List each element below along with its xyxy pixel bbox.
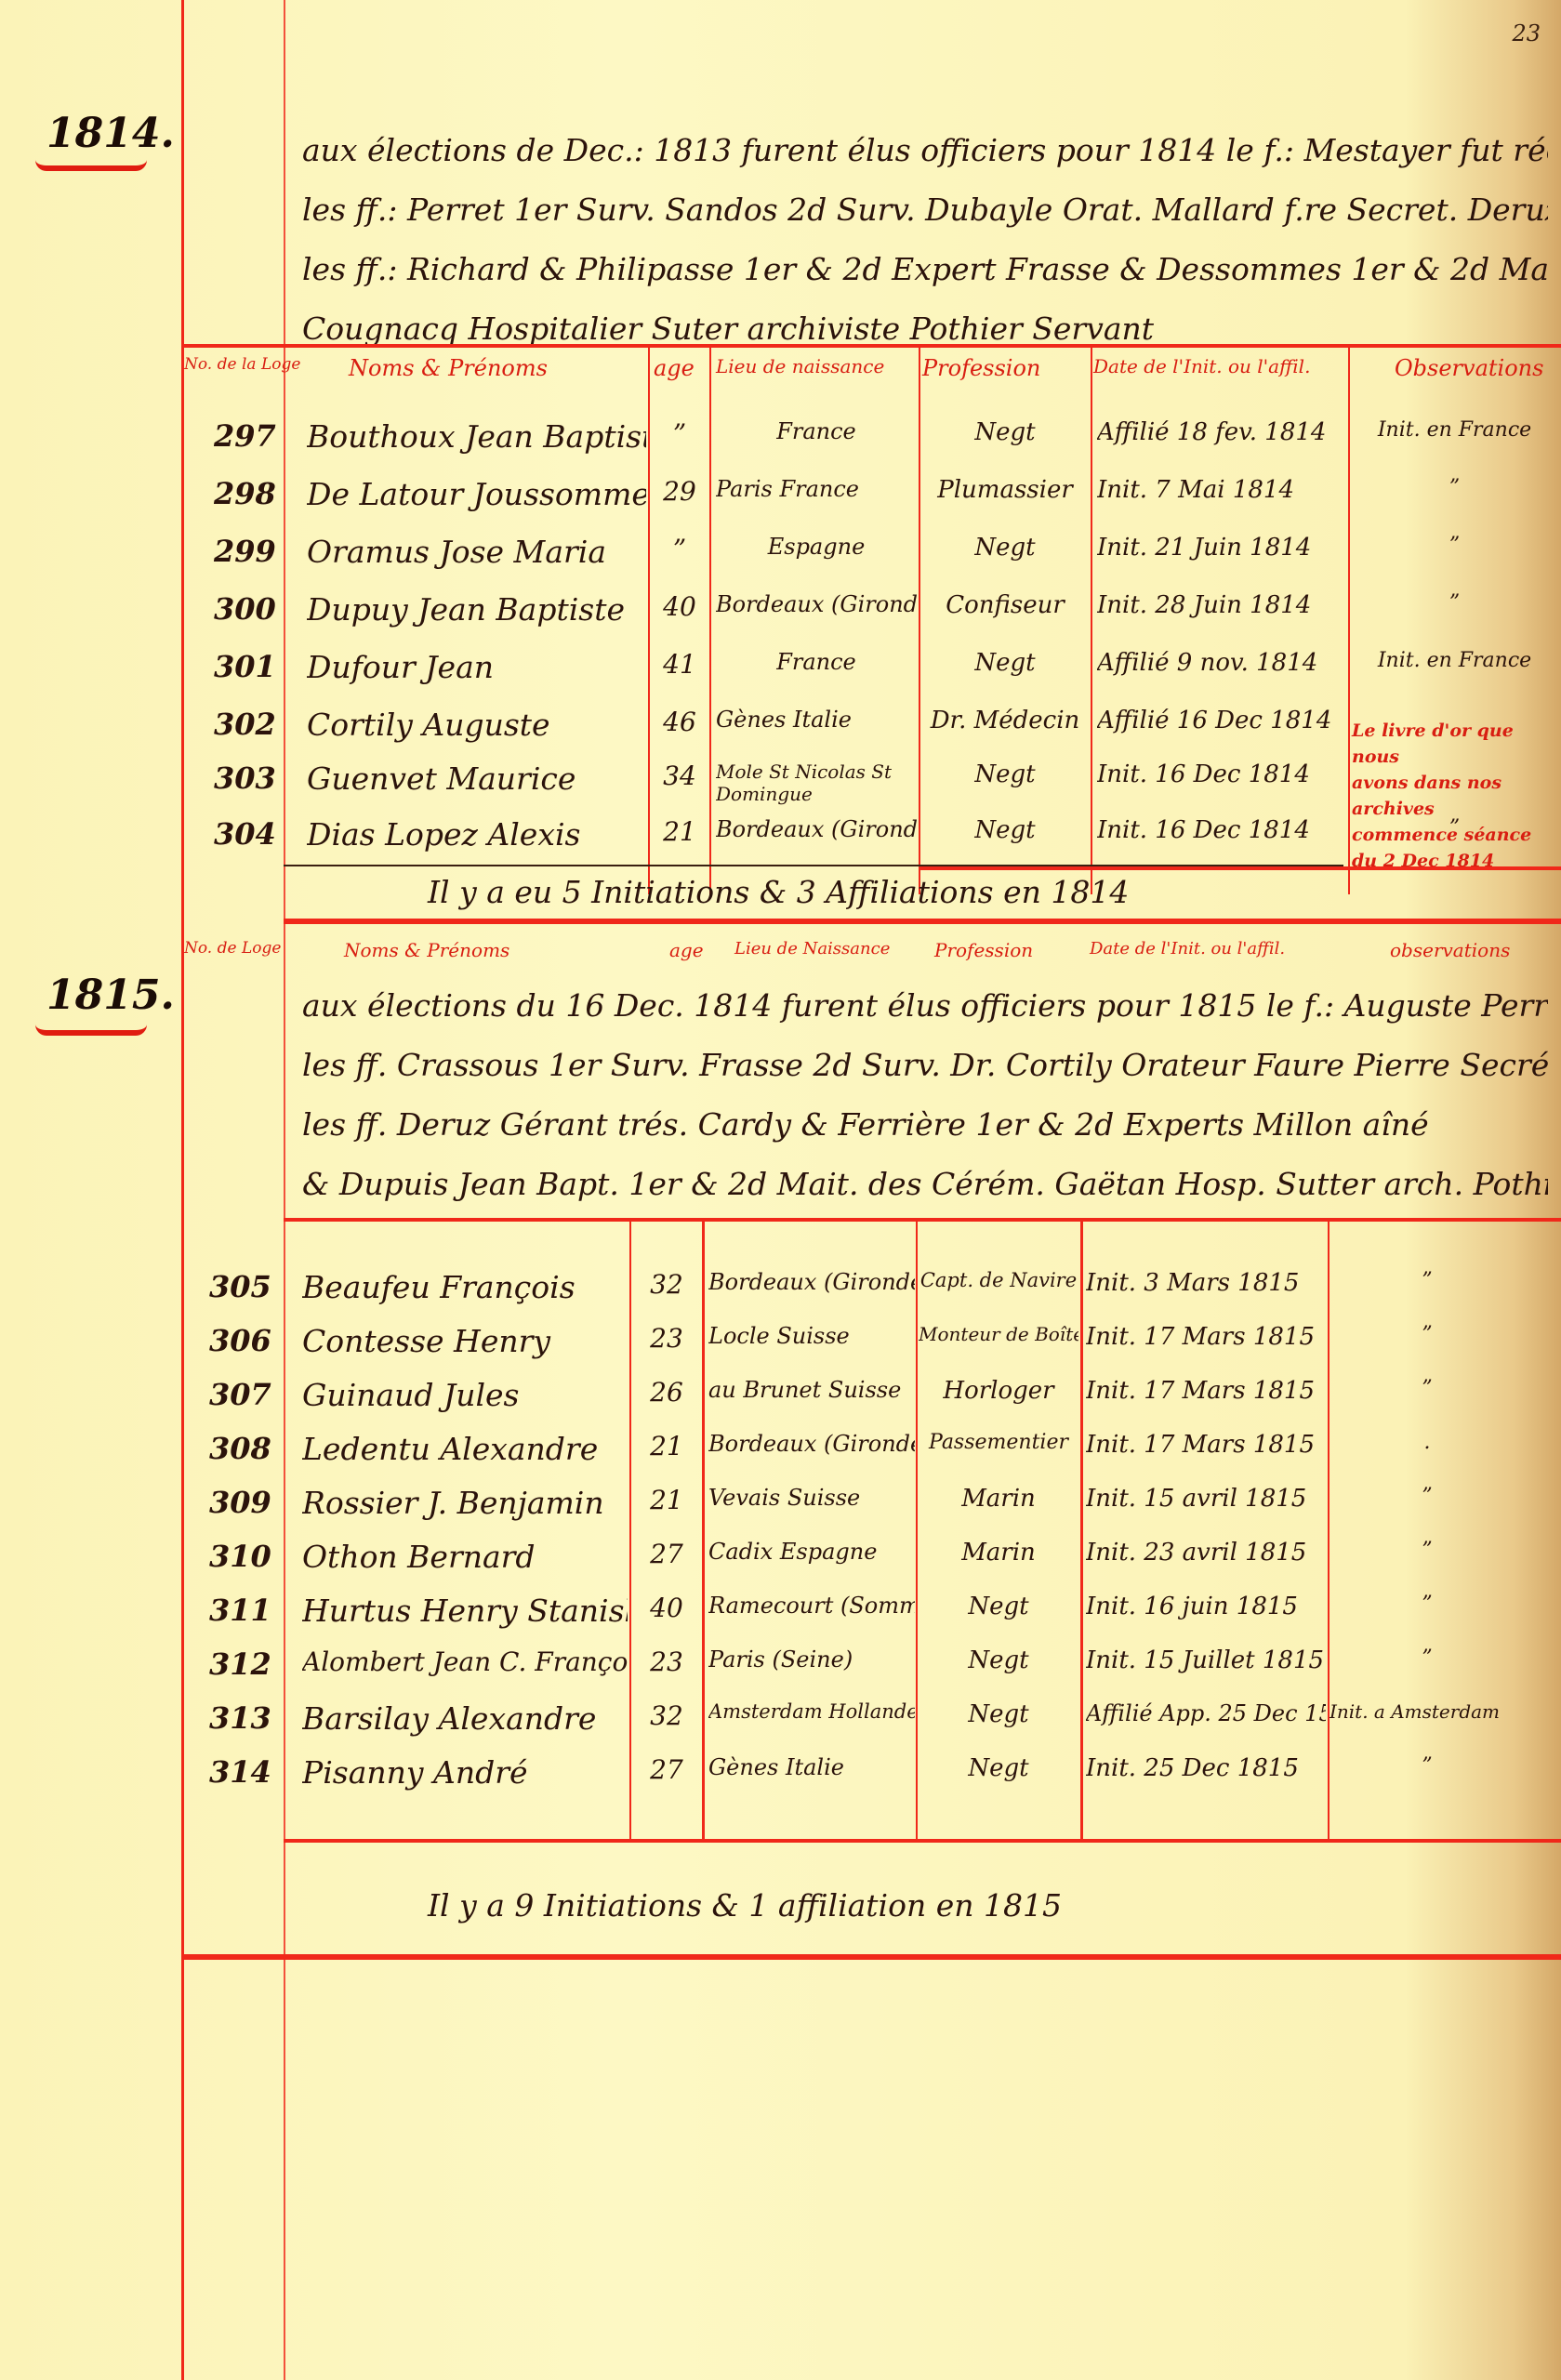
member-name: Beaufeu François — [302, 1269, 628, 1305]
initiation-date: Init. 17 Mars 1815 — [1086, 1323, 1326, 1351]
birthplace: Paris France — [716, 476, 917, 502]
election-line: les ff.: Richard & Philipasse 1er & 2d E… — [302, 240, 1548, 299]
birthplace: Mole St Nicolas St Domingue — [716, 760, 917, 813]
observation: ” — [1329, 1377, 1525, 1400]
lodge-number: 299 — [214, 534, 279, 569]
member-name: Dias Lopez Alexis — [307, 816, 646, 853]
table-row: 300 Dupuy Jean Baptiste 40 Bordeaux (Gir… — [0, 591, 1561, 645]
lodge-number: 308 — [209, 1431, 279, 1466]
header-age: age — [654, 355, 695, 381]
lodge-number: 307 — [209, 1377, 279, 1412]
note-line: avons dans nos archives — [1352, 770, 1561, 822]
profession: Dr. Médecin — [920, 707, 1090, 734]
observation: ” — [1350, 591, 1559, 615]
member-age: 41 — [650, 649, 709, 680]
lodge-number: 302 — [214, 707, 279, 742]
member-name: Contesse Henry — [302, 1323, 628, 1359]
profession: Confiseur — [920, 591, 1090, 619]
observation: ” — [1329, 1323, 1525, 1346]
observation: . — [1329, 1431, 1525, 1454]
summary-1815: Il y a 9 Initiations & 1 affiliation en … — [428, 1887, 1062, 1924]
table-row: 314 Pisanny André 27 Gènes Italie Negt I… — [0, 1754, 1561, 1808]
table-row: 306 Contesse Henry 23 Locle Suisse Monte… — [0, 1323, 1561, 1377]
lodge-number: 304 — [214, 816, 279, 852]
profession: Negt — [919, 1700, 1078, 1728]
closing-rule — [181, 1954, 1561, 1960]
member-name: De Latour Joussommes Louis A. — [307, 476, 646, 512]
birthplace: Vevais Suisse — [708, 1485, 915, 1511]
profession: Marin — [919, 1485, 1078, 1513]
birthplace: France — [716, 418, 917, 444]
profession: Negt — [920, 418, 1090, 446]
profession: Negt — [920, 534, 1090, 562]
election-text-1814: aux élections de Dec.: 1813 furent élus … — [302, 121, 1548, 359]
table-row: 302 Cortily Auguste 46 Gènes Italie Dr. … — [0, 707, 1561, 760]
table-row: 313 Barsilay Alexandre 32 Amsterdam Holl… — [0, 1700, 1561, 1754]
initiation-date: Affilié 9 nov. 1814 — [1097, 649, 1346, 677]
header-birthplace-1815: Lieu de Naissance — [734, 939, 890, 959]
member-age: 40 — [632, 1593, 701, 1623]
initiation-date: Init. 7 Mai 1814 — [1097, 476, 1346, 504]
lodge-number: 305 — [209, 1269, 279, 1304]
lodge-number: 310 — [209, 1539, 279, 1574]
year-heading-1815: 1815. — [46, 972, 175, 1019]
header-date: Date de l'Init. ou l'affil. — [1093, 355, 1310, 377]
member-age: ” — [650, 418, 709, 449]
birthplace: Gènes Italie — [716, 707, 917, 733]
lodge-number: 309 — [209, 1485, 279, 1520]
header-observations-1815: observations — [1390, 939, 1510, 961]
election-line: les ff.: Perret 1er Surv. Sandos 2d Surv… — [302, 180, 1548, 240]
year-brace-1814 — [35, 156, 147, 171]
observation: ” — [1329, 1485, 1525, 1508]
birthplace: Paris (Seine) — [708, 1646, 915, 1673]
member-name: Dupuy Jean Baptiste — [307, 591, 646, 628]
profession: Negt — [919, 1646, 1078, 1674]
initiation-date: Init. 17 Mars 1815 — [1086, 1377, 1326, 1405]
lodge-number: 306 — [209, 1323, 279, 1358]
profession: Negt — [920, 649, 1090, 677]
table-row: 307 Guinaud Jules 26 au Brunet Suisse Ho… — [0, 1377, 1561, 1431]
table-row: 312 Alombert Jean C. François 23 Paris (… — [0, 1646, 1561, 1700]
observation: ” — [1350, 534, 1559, 557]
initiation-date: Init. 25 Dec 1815 — [1086, 1754, 1326, 1782]
header-date-1815: Date de l'Init. ou l'affil. — [1090, 939, 1285, 959]
member-age: 46 — [650, 707, 709, 737]
profession: Negt — [919, 1754, 1078, 1782]
member-name: Pisanny André — [302, 1754, 628, 1791]
profession: Capt. de Navire — [919, 1269, 1078, 1291]
lodge-number: 301 — [214, 649, 279, 684]
election-line: Cougnacq Hospitalier Suter archiviste Po… — [302, 299, 1548, 359]
birthplace: Gènes Italie — [708, 1754, 915, 1780]
table-top-rule-1814 — [181, 344, 1561, 348]
table-row: 303 Guenvet Maurice 34 Mole St Nicolas S… — [0, 760, 1561, 814]
initiation-date: Init. 23 avril 1815 — [1086, 1539, 1326, 1567]
initiation-date: Init. 21 Juin 1814 — [1097, 534, 1346, 562]
birthplace: Cadix Espagne — [708, 1539, 915, 1565]
member-age: 23 — [632, 1323, 701, 1354]
member-age: 29 — [650, 476, 709, 507]
profession: Marin — [919, 1539, 1078, 1567]
initiation-date: Init. 16 juin 1815 — [1086, 1593, 1326, 1620]
profession: Negt — [920, 760, 1090, 788]
birthplace: Bordeaux (Gironde) — [708, 1269, 915, 1295]
observation: ” — [1329, 1646, 1525, 1670]
header-lodge-number: No. de la Loge — [184, 355, 300, 374]
member-age: 32 — [632, 1700, 701, 1731]
observation: ” — [1350, 476, 1559, 499]
birthplace: Amsterdam Hollande — [708, 1700, 915, 1723]
note-line: commence séance — [1352, 822, 1561, 848]
initiation-date: Affilié 18 fev. 1814 — [1097, 418, 1346, 446]
initiation-date: Init. 16 Dec 1814 — [1097, 816, 1346, 844]
lodge-number: 300 — [214, 591, 279, 627]
observation: ” — [1329, 1593, 1525, 1616]
header-observations: Observations — [1395, 355, 1543, 381]
section-rule-1815 — [284, 919, 1561, 924]
member-age: 23 — [632, 1646, 701, 1677]
member-name: Othon Bernard — [302, 1539, 628, 1575]
birthplace: Bordeaux (Gironde) — [708, 1431, 915, 1457]
member-name: Oramus Jose Maria — [307, 534, 646, 570]
member-age: 27 — [632, 1754, 701, 1785]
summary-1814: Il y a eu 5 Initiations & 3 Affiliations… — [428, 874, 1129, 910]
member-name: Guinaud Jules — [302, 1377, 628, 1413]
profession: Negt — [920, 816, 1090, 844]
profession: Plumassier — [920, 476, 1090, 504]
profession: Passementier — [919, 1431, 1078, 1454]
member-name: Bouthoux Jean Baptiste — [307, 418, 646, 455]
initiation-date: Init. 15 Juillet 1815 — [1086, 1646, 1326, 1674]
note-line: du 2 Dec 1814 — [1352, 848, 1561, 874]
initiation-date: Init. 3 Mars 1815 — [1086, 1269, 1326, 1297]
page-number: 23 — [1512, 20, 1541, 46]
header-names-1815: Noms & Prénoms — [344, 939, 509, 961]
member-age: ” — [650, 534, 709, 564]
profession: Horloger — [919, 1377, 1078, 1405]
red-archive-note: Le livre d'or que nous avons dans nos ar… — [1352, 718, 1561, 874]
lodge-number: 311 — [209, 1593, 279, 1628]
election-line: aux élections du 16 Dec. 1814 furent élu… — [302, 976, 1548, 1036]
birthplace: Locle Suisse — [708, 1323, 915, 1349]
profession: Negt — [919, 1593, 1078, 1620]
lodge-number: 313 — [209, 1700, 279, 1736]
election-line: aux élections de Dec.: 1813 furent élus … — [302, 121, 1548, 180]
table-row: 298 De Latour Joussommes Louis A. 29 Par… — [0, 476, 1561, 530]
observation: Init. en France — [1350, 649, 1559, 672]
member-name: Cortily Auguste — [307, 707, 646, 743]
member-age: 21 — [632, 1485, 701, 1515]
header-birthplace: Lieu de naissance — [716, 355, 884, 377]
birthplace: Ramecourt (Somme) — [708, 1593, 915, 1619]
observation: ” — [1329, 1539, 1525, 1562]
lodge-number: 303 — [214, 760, 279, 796]
member-name: Alombert Jean C. François — [302, 1646, 628, 1677]
initiation-date: Init. 28 Juin 1814 — [1097, 591, 1346, 619]
table-row: 308 Ledentu Alexandre 21 Bordeaux (Giron… — [0, 1431, 1561, 1485]
table-row: 311 Hurtus Henry Stanislas 40 Ramecourt … — [0, 1593, 1561, 1646]
member-age: 21 — [632, 1431, 701, 1461]
initiation-date: Affilié App. 25 Dec 15 — [1086, 1700, 1326, 1726]
table-top-rule-1815 — [284, 1218, 1561, 1222]
member-age: 40 — [650, 591, 709, 622]
header-names: Noms & Prénoms — [349, 355, 548, 381]
initiation-date: Affilié 16 Dec 1814 — [1097, 707, 1346, 734]
birthplace: Bordeaux (Gironde) — [716, 591, 917, 617]
header-profession: Profession — [922, 355, 1040, 381]
header-lodge-number-1815: No. de Loge — [184, 939, 281, 958]
member-name: Hurtus Henry Stanislas — [302, 1593, 628, 1629]
birthplace: Espagne — [716, 534, 917, 560]
table-row: 301 Dufour Jean 41 France Negt Affilié 9… — [0, 649, 1561, 703]
header-profession-1815: Profession — [934, 939, 1033, 961]
member-age: 26 — [632, 1377, 701, 1408]
member-name: Rossier J. Benjamin — [302, 1485, 628, 1521]
year-heading-1814: 1814. — [46, 110, 175, 157]
year-brace-1815 — [35, 1021, 147, 1036]
lodge-number: 298 — [214, 476, 279, 511]
birthplace: au Brunet Suisse — [708, 1377, 915, 1403]
birthplace: France — [716, 649, 917, 675]
election-line: les ff. Crassous 1er Surv. Frasse 2d Sur… — [302, 1036, 1548, 1095]
observation: ” — [1329, 1754, 1525, 1778]
initiation-date: Init. 17 Mars 1815 — [1086, 1431, 1326, 1459]
member-name: Barsilay Alexandre — [302, 1700, 628, 1737]
lodge-number: 314 — [209, 1754, 279, 1790]
initiation-date: Init. 16 Dec 1814 — [1097, 760, 1346, 788]
table-row: 304 Dias Lopez Alexis 21 Bordeaux (Giron… — [0, 816, 1561, 870]
election-line: & Dupuis Jean Bapt. 1er & 2d Mait. des C… — [302, 1155, 1548, 1214]
observation: Init. en France — [1350, 418, 1559, 442]
member-name: Ledentu Alexandre — [302, 1431, 628, 1467]
birthplace: Bordeaux (Gironde) — [716, 816, 917, 842]
member-age: 21 — [650, 816, 709, 847]
header-age-1815: age — [669, 939, 704, 961]
observation: ” — [1329, 1269, 1525, 1292]
member-age: 34 — [650, 760, 709, 791]
lodge-number: 312 — [209, 1646, 279, 1682]
lodge-number: 297 — [214, 418, 279, 454]
member-age: 27 — [632, 1539, 701, 1569]
table-row: 299 Oramus Jose Maria ” Espagne Negt Ini… — [0, 534, 1561, 588]
election-text-1815: aux élections du 16 Dec. 1814 furent élu… — [302, 976, 1548, 1214]
initiation-date: Init. 15 avril 1815 — [1086, 1485, 1326, 1513]
table-row: 305 Beaufeu François 32 Bordeaux (Girond… — [0, 1269, 1561, 1323]
note-line: Le livre d'or que nous — [1352, 718, 1561, 770]
member-age: 32 — [632, 1269, 701, 1300]
member-name: Dufour Jean — [307, 649, 646, 685]
election-line: les ff. Deruz Gérant trés. Cardy & Ferri… — [302, 1095, 1548, 1155]
table-row: 310 Othon Bernard 27 Cadix Espagne Marin… — [0, 1539, 1561, 1593]
observation: Init. a Amsterdam — [1329, 1700, 1561, 1723]
table-bottom-rule-1815 — [284, 1839, 1561, 1843]
profession: Monteur de Boîtes — [919, 1323, 1078, 1345]
table-row: 297 Bouthoux Jean Baptiste ” France Negt… — [0, 418, 1561, 472]
member-name: Guenvet Maurice — [307, 760, 646, 797]
table-row: 309 Rossier J. Benjamin 21 Vevais Suisse… — [0, 1485, 1561, 1539]
